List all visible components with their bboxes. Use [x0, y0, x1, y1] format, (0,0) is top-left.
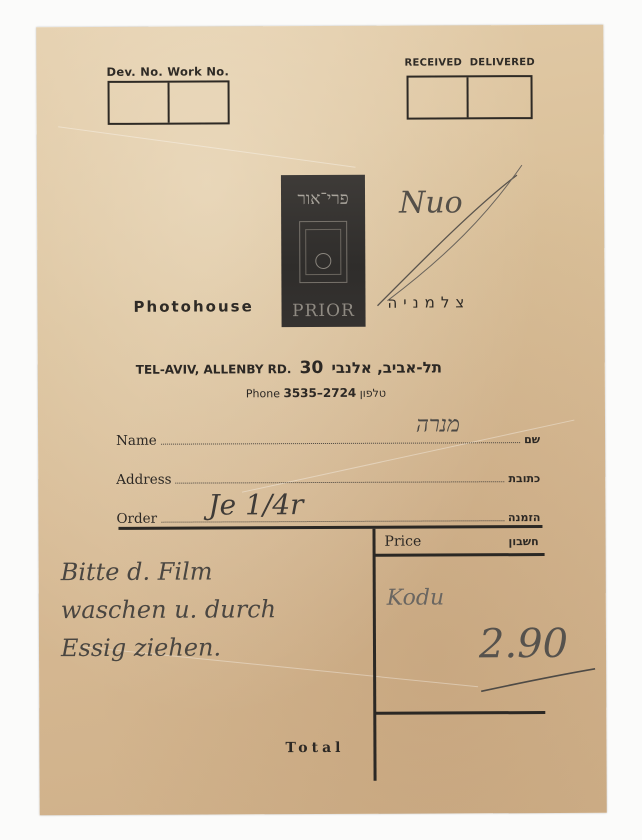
price-header-rule — [375, 553, 545, 556]
logo-brand: PRIOR — [281, 301, 365, 321]
phone-number: 3535–2724 — [283, 386, 356, 400]
price-value: 2.90 — [479, 621, 568, 667]
form-divider — [118, 525, 542, 530]
name-label-hebrew: שם — [524, 433, 540, 446]
total-rule — [375, 711, 545, 714]
work-no-box — [168, 82, 228, 122]
prior-logo: פרי־אור PRIOR — [281, 175, 366, 327]
note-line: waschen u. durch — [61, 590, 276, 629]
phone-label: Phone — [246, 387, 280, 400]
note-line: Essig ziehen. — [61, 628, 276, 667]
address-number: 30 — [300, 358, 324, 378]
note-line: Bitte d. Film — [61, 552, 276, 591]
name-value: מנרה — [416, 411, 460, 437]
name-label: Name — [116, 433, 157, 449]
dev-work-no-labels: Dev. No. Work No. — [106, 64, 229, 79]
address-label: Address — [116, 472, 171, 488]
address-label-hebrew: כתובת — [508, 472, 540, 485]
business-phone: Phone 3535–2724 טלפון — [246, 386, 386, 401]
phone-label-hebrew: טלפון — [360, 387, 386, 400]
price-label-hebrew: חשבון — [509, 535, 539, 548]
photo-envelope: Dev. No. Work No. RECEIVED DELIVERED Nuo… — [36, 25, 606, 815]
address-field[interactable]: Address כתובת — [116, 470, 540, 488]
price-underline-stroke — [479, 665, 599, 696]
dev-work-no-boxes — [108, 80, 230, 125]
address-hebrew: תל-אביב, אלנבי — [331, 358, 442, 376]
price-label: Price — [384, 534, 421, 550]
price-column-divider — [372, 529, 376, 781]
order-value: Je 1/4r — [208, 488, 303, 521]
received-delivered-labels: RECEIVED DELIVERED — [404, 57, 535, 69]
logo-hebrew: פרי־אור — [281, 189, 365, 209]
photohouse-label-hebrew: צלמניה — [387, 293, 470, 311]
name-dotted-line — [161, 441, 520, 445]
order-field[interactable]: Order הזמנה — [116, 509, 540, 527]
address-dotted-line — [176, 480, 505, 483]
business-address: TEL-AVIV, ALLENBY RD. 30 תל-אביב, אלנבי — [136, 357, 442, 378]
handwritten-mark: Nuo — [399, 185, 463, 220]
photohouse-label: Photohouse — [133, 297, 253, 316]
dev-no-box — [110, 83, 168, 123]
order-label-hebrew: הזמנה — [508, 511, 541, 524]
camera-lens-icon — [315, 253, 331, 269]
handwritten-note: Bitte d. Film waschen u. durch Essig zie… — [61, 552, 277, 667]
order-label: Order — [116, 511, 157, 527]
price-note: Kodu — [387, 585, 444, 610]
address-english: TEL-AVIV, ALLENBY RD. — [136, 362, 292, 377]
total-label: Total — [285, 740, 344, 756]
name-field[interactable]: Name שם — [116, 431, 540, 449]
